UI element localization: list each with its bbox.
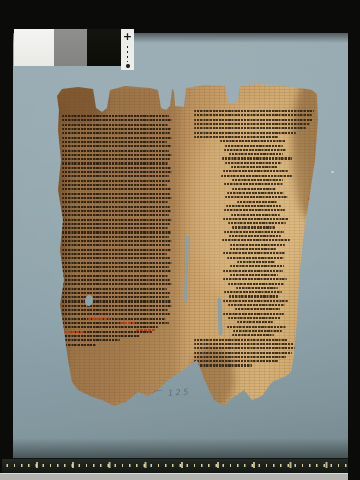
measuring-scale [2,459,354,473]
text-line [62,300,171,302]
text-line [62,249,171,251]
text-line [237,321,273,323]
text-line [223,278,287,280]
text-line [228,304,285,306]
text-line [235,308,280,310]
text-line [229,153,283,155]
text-line [194,347,298,349]
text-line [224,209,285,211]
text-line [62,115,169,117]
text-line [224,149,286,151]
text-line [62,210,171,212]
text-line [62,184,167,186]
text-line [62,175,169,177]
rubric-red-ink [136,329,156,331]
dust-speck [331,171,334,173]
registration-dot [126,64,130,68]
text-line [62,283,172,285]
text-line [230,244,285,246]
calibration-patch-white [14,29,54,66]
text-line [62,244,170,246]
right-column-top-lines [194,110,316,140]
text-line [194,364,252,366]
text-line [62,137,172,139]
text-line [228,317,281,319]
papyrus-manuscript [54,84,320,408]
calibration-patch-gray [54,29,87,66]
text-line [223,170,288,172]
text-line [224,231,284,233]
text-line [223,300,288,302]
text-line [194,114,312,116]
text-line [226,205,281,207]
text-line [222,157,292,159]
photo-bottom-strip [0,473,348,480]
text-line [62,227,168,229]
rubric-red-ink [88,318,110,320]
text-line [62,141,167,143]
text-line [62,339,120,341]
text-line [62,150,169,152]
text-line [232,179,283,181]
papyrus-tear [184,236,188,302]
text-line [227,257,284,259]
text-line [233,330,282,332]
text-line [194,352,292,354]
text-line [62,309,168,311]
text-line [194,119,313,121]
photo-corner [348,459,360,480]
text-line [62,292,170,294]
text-line [194,339,288,341]
text-line [231,166,278,168]
text-line [227,326,286,328]
text-line [223,270,283,272]
registration-tab: + [121,29,134,70]
text-line [194,343,294,345]
text-line [224,291,282,293]
registration-marks [127,46,129,62]
text-line [237,201,277,203]
text-line [225,162,282,164]
text-line [62,279,170,281]
text-line [62,266,169,268]
text-line [62,223,170,225]
text-line [62,119,172,121]
text-line [62,180,170,182]
text-line [62,145,171,147]
text-line [62,128,171,130]
text-line [194,132,296,134]
grayscale-calibration-strip: + [14,29,134,66]
text-line [62,214,169,216]
text-line [62,257,170,259]
text-line [62,193,170,195]
text-line [232,334,274,336]
text-line [225,196,288,198]
text-line [62,219,172,221]
text-line [232,188,276,190]
text-line [229,235,281,237]
text-line [62,335,140,337]
text-line [62,231,171,233]
text-line [229,295,279,297]
hieratic-text-column-left [62,115,172,348]
text-line [62,313,170,315]
text-line [62,124,168,126]
text-line [62,158,170,160]
text-line [223,313,284,315]
text-line [62,162,168,164]
text-line [221,175,292,177]
text-line [230,248,276,250]
text-line [194,360,278,362]
text-line [62,132,170,134]
mount-bottom-shadow [13,438,348,459]
text-line [227,192,284,194]
text-line [62,188,171,190]
rubric-red-ink [64,331,84,333]
text-line [62,305,172,307]
text-line [231,214,280,216]
text-line [62,240,172,242]
text-line [62,262,172,264]
text-line [62,201,168,203]
pencil-inventory-number: 125 [168,387,191,398]
text-line [237,261,275,263]
text-line [228,283,284,285]
text-line [194,110,314,112]
text-line [220,140,286,142]
text-line [194,136,278,138]
text-line [194,127,306,129]
text-line [194,123,310,125]
cross-icon: + [123,31,132,43]
text-line [228,222,286,224]
rubric-red-ink [120,322,136,324]
text-line [62,167,171,169]
text-line [230,274,278,276]
ruler-major-ticks [2,462,354,468]
text-line [224,183,283,185]
text-line [62,288,167,290]
text-line [230,265,284,267]
text-line [232,226,275,228]
text-line [62,275,168,277]
text-line [62,253,167,255]
text-line [62,171,172,173]
museum-photograph: + 125 [0,0,360,480]
text-line [236,287,278,289]
text-line [62,154,172,156]
text-line [62,296,169,298]
text-line [194,356,286,358]
text-line [223,252,285,254]
text-line [223,218,289,220]
text-line [62,318,166,320]
text-line [222,239,290,241]
text-line [62,344,96,346]
text-line [62,270,171,272]
text-line [62,197,172,199]
calibration-patch-black [87,29,121,66]
text-line [62,206,170,208]
text-line [62,236,169,238]
text-line [62,322,169,324]
text-line [225,145,283,147]
